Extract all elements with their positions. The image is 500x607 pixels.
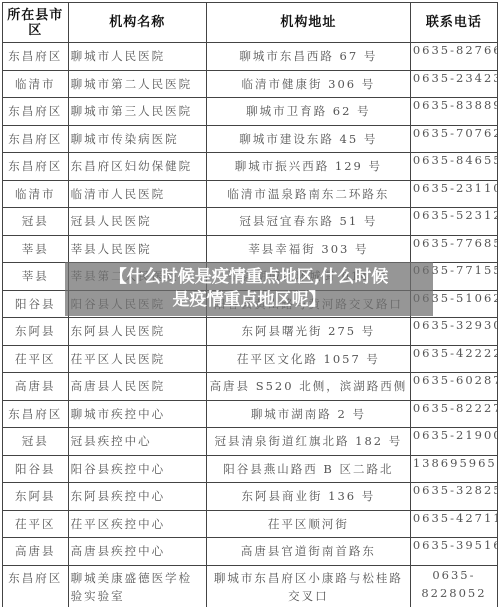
title-overlay-banner: 【什么时候是疫情重点地区,什么时候 是疫情重点地区呢】 — [65, 262, 433, 316]
header-institution-address: 机构地址 — [206, 3, 410, 43]
table-row: 东昌府区聊城市疾控中心聊城市湖南路 2 号0635-8222703 — [3, 400, 498, 428]
cell-phone: 0635-6028740 — [410, 373, 497, 401]
cell-address: 临清市温泉路南东二环路东 — [206, 180, 410, 208]
cell-institution-name: 聊城市第二人民医院 — [68, 70, 206, 98]
table-row: 阳谷县阳谷县疾控中心阳谷县燕山路西 B 区二路北13869596569 — [3, 455, 498, 483]
cell-institution-name: 聊城市第三人民医院 — [68, 98, 206, 126]
table-row: 高唐县高唐县疾控中心高唐县官道街南首路东0635-3951606 — [3, 538, 498, 566]
cell-address: 聊城市东昌西路 67 号 — [206, 43, 410, 71]
cell-phone: 0635-7768519 — [410, 235, 497, 263]
table-row: 临清市聊城市第二人民医院临清市健康街 306 号0635-2342315 — [3, 70, 498, 98]
cell-address: 聊城市东昌府区小康路与松桂路交叉口 — [206, 565, 410, 607]
cell-institution-name: 聊城美康盛德医学检验实验室 — [68, 565, 206, 607]
cell-district: 阳谷县 — [3, 455, 69, 483]
cell-institution-name: 聊城市人民医院 — [68, 43, 206, 71]
overlay-title-line2: 是疫情重点地区呢】 — [65, 289, 433, 312]
overlay-title: 【什么时候是疫情重点地区,什么时候 是疫情重点地区呢】 — [65, 262, 433, 312]
cell-address: 高唐县 S520 北侧，滨湖路西侧 — [206, 373, 410, 401]
cell-phone: 0635-2342315 — [410, 70, 497, 98]
table-body: 东昌府区聊城市人民医院聊城市东昌西路 67 号0635-8276627临清市聊城… — [3, 43, 498, 607]
cell-address: 东阿县商业街 136 号 — [206, 483, 410, 511]
cell-institution-name: 聊城市疾控中心 — [68, 400, 206, 428]
table-row: 冠县冠县人民医院冠县冠宜春东路 51 号0635-5231229 — [3, 208, 498, 236]
cell-institution-name: 茌平区疾控中心 — [68, 510, 206, 538]
cell-institution-name: 东阿县疾控中心 — [68, 483, 206, 511]
cell-phone: 0635-3951606 — [410, 538, 497, 566]
cell-district: 高唐县 — [3, 538, 69, 566]
cell-address: 莘县幸福街 303 号 — [206, 235, 410, 263]
cell-institution-name: 高唐县人民医院 — [68, 373, 206, 401]
cell-district: 莘县 — [3, 263, 69, 291]
cell-address: 临清市健康街 306 号 — [206, 70, 410, 98]
cell-district: 东昌府区 — [3, 565, 69, 607]
header-institution-name: 机构名称 — [68, 3, 206, 43]
cell-institution-name: 冠县人民医院 — [68, 208, 206, 236]
cell-district: 东昌府区 — [3, 153, 69, 181]
cell-phone: 0635-2311004 — [410, 180, 497, 208]
cell-address: 茌平区顺河街 — [206, 510, 410, 538]
cell-address: 聊城市湖南路 2 号 — [206, 400, 410, 428]
header-district: 所在县市区 — [3, 3, 69, 43]
cell-address: 冠县冠宜春东路 51 号 — [206, 208, 410, 236]
cell-district: 东阿县 — [3, 483, 69, 511]
cell-institution-name: 莘县人民医院 — [68, 235, 206, 263]
cell-district: 茌平区 — [3, 345, 69, 373]
cell-address: 聊城市卫育路 62 号 — [206, 98, 410, 126]
overlay-title-line1: 【什么时候是疫情重点地区,什么时候 — [65, 266, 433, 289]
cell-phone: 0635-8228052 — [410, 565, 497, 607]
cell-district: 临清市 — [3, 180, 69, 208]
cell-district: 冠县 — [3, 428, 69, 456]
cell-institution-name: 聊城市传染病医院 — [68, 125, 206, 153]
cell-district: 阳谷县 — [3, 290, 69, 318]
table-row: 东阿县东阿县疾控中心东阿县商业街 136 号0635-3282519 — [3, 483, 498, 511]
table-row: 临清市临清市人民医院临清市温泉路南东二环路东0635-2311004 — [3, 180, 498, 208]
cell-address: 阳谷县燕山路西 B 区二路北 — [206, 455, 410, 483]
cell-district: 临清市 — [3, 70, 69, 98]
cell-institution-name: 阳谷县疾控中心 — [68, 455, 206, 483]
cell-institution-name: 临清市人民医院 — [68, 180, 206, 208]
table-row: 东昌府区东昌府区妇幼保健院聊城市振兴西路 129 号0635-8465595 — [3, 153, 498, 181]
cell-address: 聊城市建设东路 45 号 — [206, 125, 410, 153]
cell-institution-name: 东昌府区妇幼保健院 — [68, 153, 206, 181]
cell-district: 东昌府区 — [3, 400, 69, 428]
cell-phone: 0635-8465595 — [410, 153, 497, 181]
cell-district: 东昌府区 — [3, 125, 69, 153]
cell-address: 东阿县曙光街 275 号 — [206, 318, 410, 346]
table-row: 东昌府区聊城市传染病医院聊城市建设东路 45 号0635-7076272 — [3, 125, 498, 153]
cell-address: 冠县清泉街道红旗北路 182 号 — [206, 428, 410, 456]
table-row: 莘县莘县人民医院莘县幸福街 303 号0635-7768519 — [3, 235, 498, 263]
table-row: 东昌府区聊城市人民医院聊城市东昌西路 67 号0635-8276627 — [3, 43, 498, 71]
cell-address: 高唐县官道街南首路东 — [206, 538, 410, 566]
cell-phone: 0635-8388976 — [410, 98, 497, 126]
cell-district: 高唐县 — [3, 373, 69, 401]
cell-address: 茌平区文化路 1057 号 — [206, 345, 410, 373]
cell-phone: 0635-4271162 — [410, 510, 497, 538]
cell-institution-name: 高唐县疾控中心 — [68, 538, 206, 566]
cell-phone: 0635-4222297 — [410, 345, 497, 373]
cell-district: 莘县 — [3, 235, 69, 263]
cell-phone: 0635-5231229 — [410, 208, 497, 236]
table-row: 东昌府区聊城美康盛德医学检验实验室聊城市东昌府区小康路与松桂路交叉口0635-8… — [3, 565, 498, 607]
table-row: 冠县冠县疾控中心冠县清泉街道红旗北路 182 号0635-2190001 — [3, 428, 498, 456]
header-phone: 联系电话 — [410, 3, 497, 43]
cell-phone: 0635-3282519 — [410, 483, 497, 511]
table-row: 茌平区茌平区人民医院茌平区文化路 1057 号0635-4222297 — [3, 345, 498, 373]
table-row: 东阿县东阿县人民医院东阿县曙光街 275 号0635-3293091 — [3, 318, 498, 346]
cell-institution-name: 茌平区人民医院 — [68, 345, 206, 373]
cell-phone: 0635-8276627 — [410, 43, 497, 71]
cell-phone: 0635-7076272 — [410, 125, 497, 153]
cell-district: 东昌府区 — [3, 43, 69, 71]
cell-district: 冠县 — [3, 208, 69, 236]
cell-phone: 0635-8222703 — [410, 400, 497, 428]
cell-institution-name: 冠县疾控中心 — [68, 428, 206, 456]
cell-phone: 13869596569 — [410, 455, 497, 483]
cell-district: 茌平区 — [3, 510, 69, 538]
cell-phone: 0635-2190001 — [410, 428, 497, 456]
cell-district: 东昌府区 — [3, 98, 69, 126]
cell-institution-name: 东阿县人民医院 — [68, 318, 206, 346]
cell-address: 聊城市振兴西路 129 号 — [206, 153, 410, 181]
table-row: 茌平区茌平区疾控中心茌平区顺河街0635-4271162 — [3, 510, 498, 538]
table-header-row: 所在县市区 机构名称 机构地址 联系电话 — [3, 3, 498, 43]
table-row: 高唐县高唐县人民医院高唐县 S520 北侧，滨湖路西侧0635-6028740 — [3, 373, 498, 401]
cell-district: 东阿县 — [3, 318, 69, 346]
cell-phone: 0635-3293091 — [410, 318, 497, 346]
table-row: 东昌府区聊城市第三人民医院聊城市卫育路 62 号0635-8388976 — [3, 98, 498, 126]
